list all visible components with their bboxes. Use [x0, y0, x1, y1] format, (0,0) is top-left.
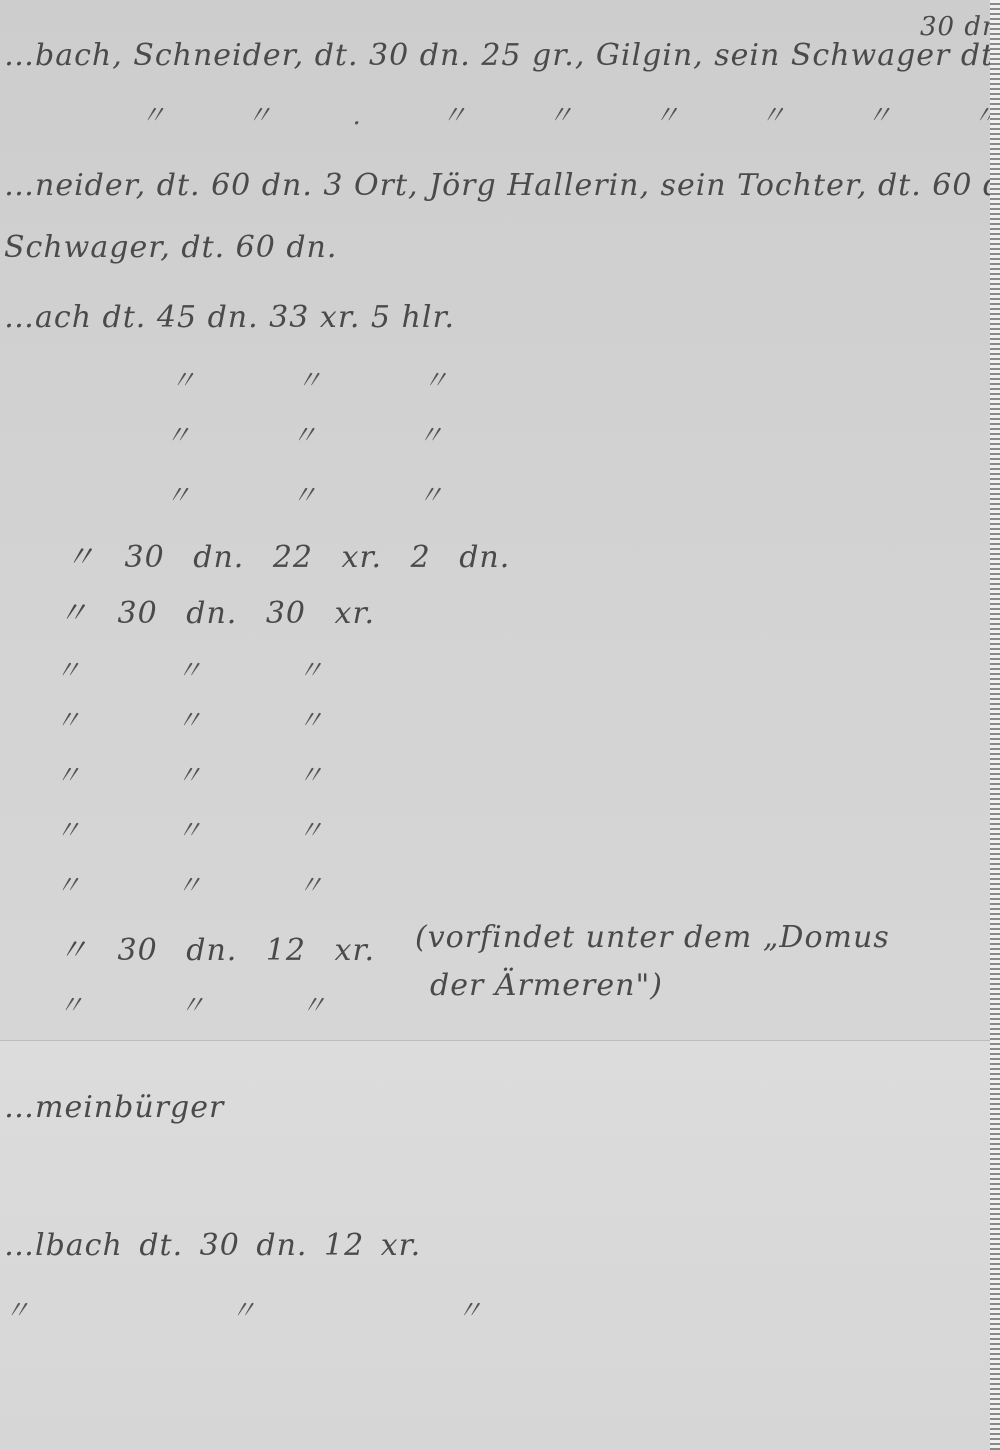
page-edge: [990, 0, 1000, 1450]
ledger-line-7: 〃 30 dn. 12 xr.: [58, 925, 375, 969]
ledger-line-8: …lbach dt. 30 dn. 12 xr.: [4, 1228, 421, 1263]
ledger-line-2: …neider, dt. 60 dn. 3 Ort, Jörg Hallerin…: [4, 168, 1000, 203]
ditto-line-2: 〃 〃 〃: [170, 360, 450, 397]
ledger-line-1: …bach, Schneider, dt. 30 dn. 25 gr., Gil…: [4, 38, 1000, 73]
ditto-line-4: 〃 〃 〃: [165, 475, 445, 512]
ditto-line-10: 〃 〃 〃: [58, 985, 328, 1022]
document-page: 30 dn. …bach, Schneider, dt. 30 dn. 25 g…: [0, 0, 990, 1450]
ditto-line-5: 〃 〃 〃: [55, 650, 325, 687]
ditto-line-8: 〃 〃 〃: [55, 810, 325, 847]
ledger-line-5: 〃 30 dn. 22 xr. 2 dn.: [65, 532, 510, 576]
ledger-line-3: Schwager, dt. 60 dn.: [4, 230, 337, 265]
ditto-line-7: 〃 〃 〃: [55, 755, 325, 792]
ditto-line-1: 〃 〃 . 〃 〃 〃 〃 〃 〃: [140, 95, 999, 132]
ditto-line-11: 〃 〃 〃: [4, 1290, 484, 1327]
ledger-line-4: …ach dt. 45 dn. 33 xr. 5 hlr.: [4, 300, 455, 335]
ledger-line-6: 〃 30 dn. 30 xr.: [58, 588, 375, 632]
ditto-line-6: 〃 〃 〃: [55, 700, 325, 737]
ditto-line-3: 〃 〃 〃: [165, 415, 445, 452]
ditto-line-9: 〃 〃 〃: [55, 865, 325, 902]
annotation-line-1: (vorfindet unter dem „Domus: [415, 920, 890, 955]
annotation-line-2: der Ärmeren"): [430, 968, 663, 1003]
section-heading: …meinbürger: [4, 1090, 224, 1125]
